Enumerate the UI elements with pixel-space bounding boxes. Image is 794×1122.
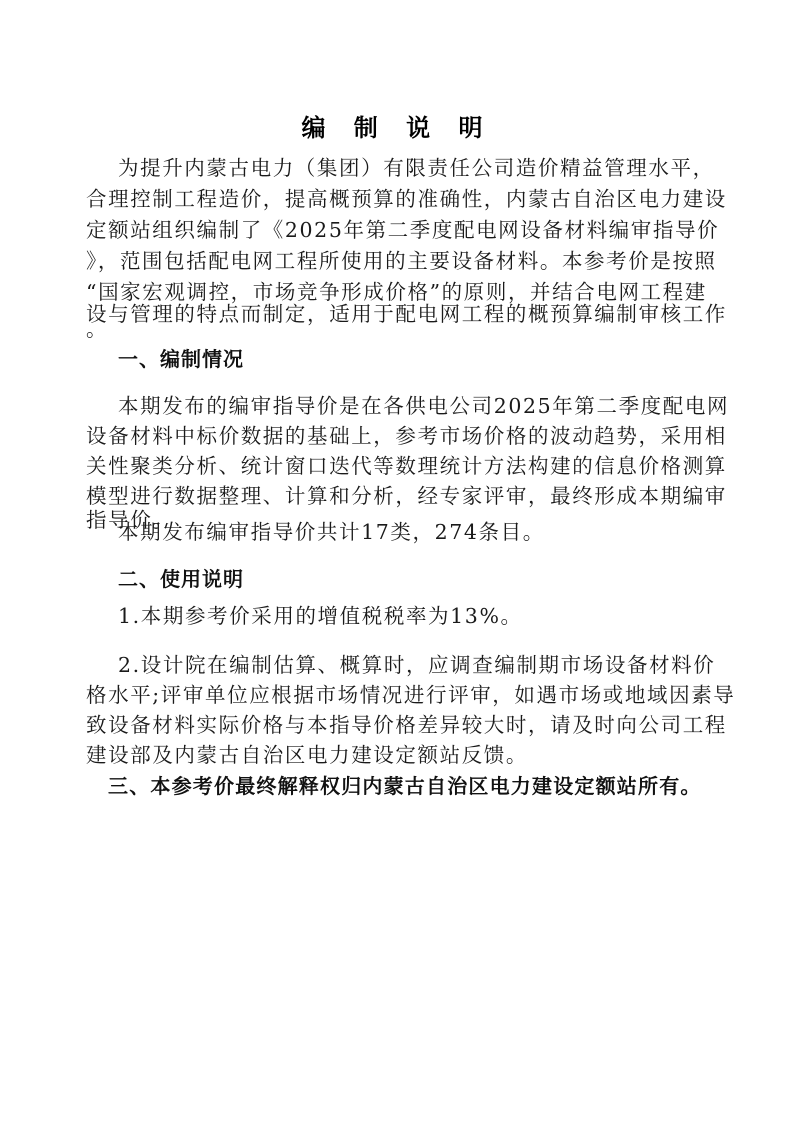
section2-heading: 二、使用说明 (118, 565, 244, 593)
section2-item2-line-1: 2.设计院在编制估算、概算时，应调查编制期市场设备材料价 (118, 651, 715, 679)
section3-statement: 三、本参考价最终解释权归内蒙古自治区电力建设定额站所有。 (108, 772, 702, 800)
intro-line-4: 》，范围包括配电网工程所使用的主要设备材料。本参考价是按照 (86, 247, 717, 275)
document-page: 编 制 说 明 为提升内蒙古电力（集团）有限责任公司造价精益管理水平， 合理控制… (0, 0, 794, 1122)
intro-line-1: 为提升内蒙古电力（集团）有限责任公司造价精益管理水平， (118, 154, 715, 182)
section1-heading: 一、编制情况 (118, 345, 244, 373)
section1-para1-line-1: 本期发布的编审指导价是在各供电公司2025年第二季度配电网 (118, 392, 729, 420)
intro-line-3: 定额站组织编制了《2025年第二季度配电网设备材料编审指导价 (86, 216, 719, 244)
section2-item1: 1.本期参考价采用的增值税税率为13%。 (118, 602, 523, 630)
section2-item2-line-2: 格水平;评审单位应根据市场情况进行评审，如遇市场或地域因素导 (86, 681, 735, 709)
intro-line-7: 。 (86, 315, 108, 343)
section1-para1-line-2: 设备材料中标价数据的基础上，参考市场价格的波动趋势，采用相 (86, 422, 727, 450)
intro-line-6: 设与管理的特点而制定，适用于配电网工程的概预算编制审核工作 (86, 300, 727, 328)
intro-line-2: 合理控制工程造价，提高概预算的准确性，内蒙古自治区电力建设 (86, 185, 727, 213)
section1-para1-line-4: 模型进行数据整理、计算和分析，经专家评审，最终形成本期编审 (86, 482, 727, 510)
section2-item2-line-4: 建设部及内蒙古自治区电力建设定额站反馈。 (86, 741, 528, 769)
section1-para2: 本期发布编审指导价共计17类，274条目。 (118, 518, 545, 546)
section1-para1-line-3: 关性聚类分析、统计窗口迭代等数理统计方法构建的信息价格测算 (86, 452, 727, 480)
section2-item2-line-3: 致设备材料实际价格与本指导价格差异较大时，请及时向公司工程 (86, 711, 727, 739)
document-title: 编 制 说 明 (0, 108, 794, 143)
